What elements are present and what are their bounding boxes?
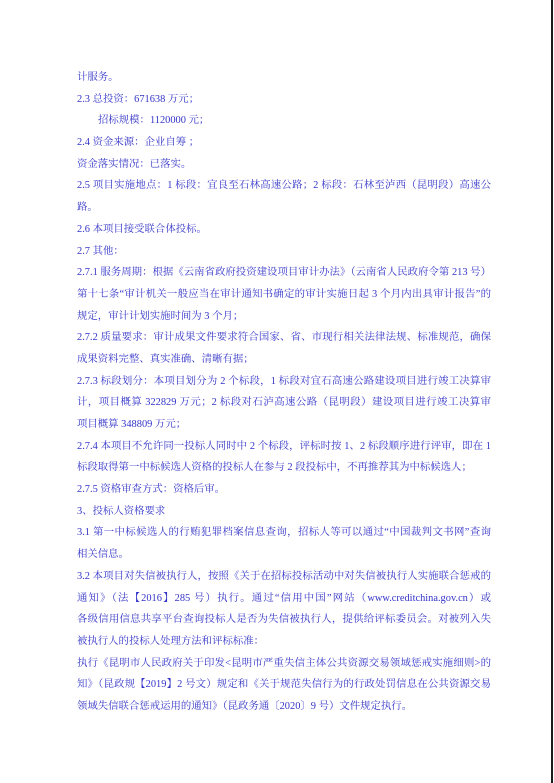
document-body: 计服务。2.3 总投资：671638 万元；招标规模：1120000 元；2.4…: [77, 67, 491, 718]
text-line: 2.7.4 本项目不允许同一投标人同时中 2 个标段，评标时按 1、2 标段顺序…: [77, 436, 491, 458]
paragraph: 2.6 本项目接受联合体投标。: [77, 219, 491, 241]
paragraph: 招标规模：1120000 元；: [77, 110, 491, 132]
text-line: 知》（昆政规【2019】2 号文）规定和《关于规范失信行为的行政处罚信息在公共资…: [77, 674, 491, 696]
text-line: 2.7.1 服务周期：根据《云南省政府投资建设项目审计办法》（云南省人民政府令第…: [77, 262, 491, 284]
text-line: 第十七条“审计机关一般应当在审计通知书确定的审计实施日起 3 个月内出具审计报告…: [77, 284, 491, 306]
text-line: 执行《昆明市人民政府关于印发<昆明市严重失信主体公共资源交易领域惩戒实施细则>的…: [77, 653, 491, 675]
text-line: 通知》（法【2016】285 号）执行。通过“信用中国”网站（www.credi…: [77, 588, 491, 610]
paragraph: 2.5 项目实施地点：1 标段：宜良至石林高速公路；2 标段：石林至泸西（昆明段…: [77, 175, 491, 218]
paragraph: 2.7.2 质量要求：审计成果文件要求符合国家、省、市现行相关法律法规、标准规范…: [77, 327, 491, 370]
text-line: 2.5 项目实施地点：1 标段：宜良至石林高速公路；2 标段：石林至泸西（昆明段…: [77, 175, 491, 197]
paragraph: 2.3 总投资：671638 万元；: [77, 89, 491, 111]
text-line: 成果资料完整、真实准确、清晰有据；: [77, 349, 491, 371]
text-line: 3、投标人资格要求: [77, 501, 491, 523]
paragraph: 计服务。: [77, 67, 491, 89]
paragraph: 3.1 第一中标候选人的行贿犯罪档案信息查询，招标人等可以通过“中国裁判文书网”…: [77, 522, 491, 565]
text-line: 2.3 总投资：671638 万元；: [77, 89, 491, 111]
text-line: 相关信息。: [77, 544, 491, 566]
text-line: 招标规模：1120000 元；: [98, 110, 491, 132]
text-line: 2.4 资金来源：企业自筹 ；: [77, 132, 491, 154]
document-page: 计服务。2.3 总投资：671638 万元；招标规模：1120000 元；2.4…: [0, 0, 554, 783]
text-line: 计服务。: [77, 67, 491, 89]
text-line: 2.7.5 资格审查方式：资格后审。: [77, 479, 491, 501]
paragraph: 2.7.1 服务周期：根据《云南省政府投资建设项目审计办法》（云南省人民政府令第…: [77, 262, 491, 327]
paragraph: 2.7.5 资格审查方式：资格后审。: [77, 479, 491, 501]
paragraph: 2.4 资金来源：企业自筹 ；: [77, 132, 491, 154]
text-line: 2.7 其他：: [77, 241, 491, 263]
text-line: 项目概算 348809 万元；: [77, 414, 491, 436]
paragraph: 3、投标人资格要求: [77, 501, 491, 523]
text-line: 2.7.3 标段划分：本项目划分为 2 个标段，1 标段对宜石高速公路建设项目进…: [77, 371, 491, 393]
window-right-edge-line: [551, 0, 553, 783]
paragraph: 资金落实情况：已落实。: [77, 154, 491, 176]
paragraph: 2.7.4 本项目不允许同一投标人同时中 2 个标段，评标时按 1、2 标段顺序…: [77, 436, 491, 479]
text-line: 被执行人的投标人处理方法和评标标准：: [77, 631, 491, 653]
text-line: 2.6 本项目接受联合体投标。: [77, 219, 491, 241]
text-line: 3.2 本项目对失信被执行人，按照《关于在招标投标活动中对失信被执行人实施联合惩…: [77, 566, 491, 588]
paragraph: 2.7 其他：: [77, 241, 491, 263]
text-line: 2.7.2 质量要求：审计成果文件要求符合国家、省、市现行相关法律法规、标准规范…: [77, 327, 491, 349]
text-line: 计，项目概算 322829 万元；2 标段对石泸高速公路（昆明段）建设项目进行竣…: [77, 392, 491, 414]
paragraph: 3.2 本项目对失信被执行人，按照《关于在招标投标活动中对失信被执行人实施联合惩…: [77, 566, 491, 653]
text-line: 规定，审计计划实施时间为 3 个月；: [77, 306, 491, 328]
text-line: 资金落实情况：已落实。: [77, 154, 491, 176]
text-line: 3.1 第一中标候选人的行贿犯罪档案信息查询，招标人等可以通过“中国裁判文书网”…: [77, 522, 491, 544]
paragraph: 2.7.3 标段划分：本项目划分为 2 个标段，1 标段对宜石高速公路建设项目进…: [77, 371, 491, 436]
text-line: 标段取得第一中标候选人资格的投标人在参与 2 段投标中，不再推荐其为中标候选人；: [77, 457, 491, 479]
text-line: 各级信用信息共享平台查询投标人是否为失信被执行人，提供给评标委员会。对被列入失信: [77, 609, 491, 631]
paragraph: 执行《昆明市人民政府关于印发<昆明市严重失信主体公共资源交易领域惩戒实施细则>的…: [77, 653, 491, 718]
text-line: 路。: [77, 197, 491, 219]
text-line: 领域失信联合惩戒运用的通知》（昆政务通〔2020〕9 号）文件规定执行。: [77, 696, 491, 718]
